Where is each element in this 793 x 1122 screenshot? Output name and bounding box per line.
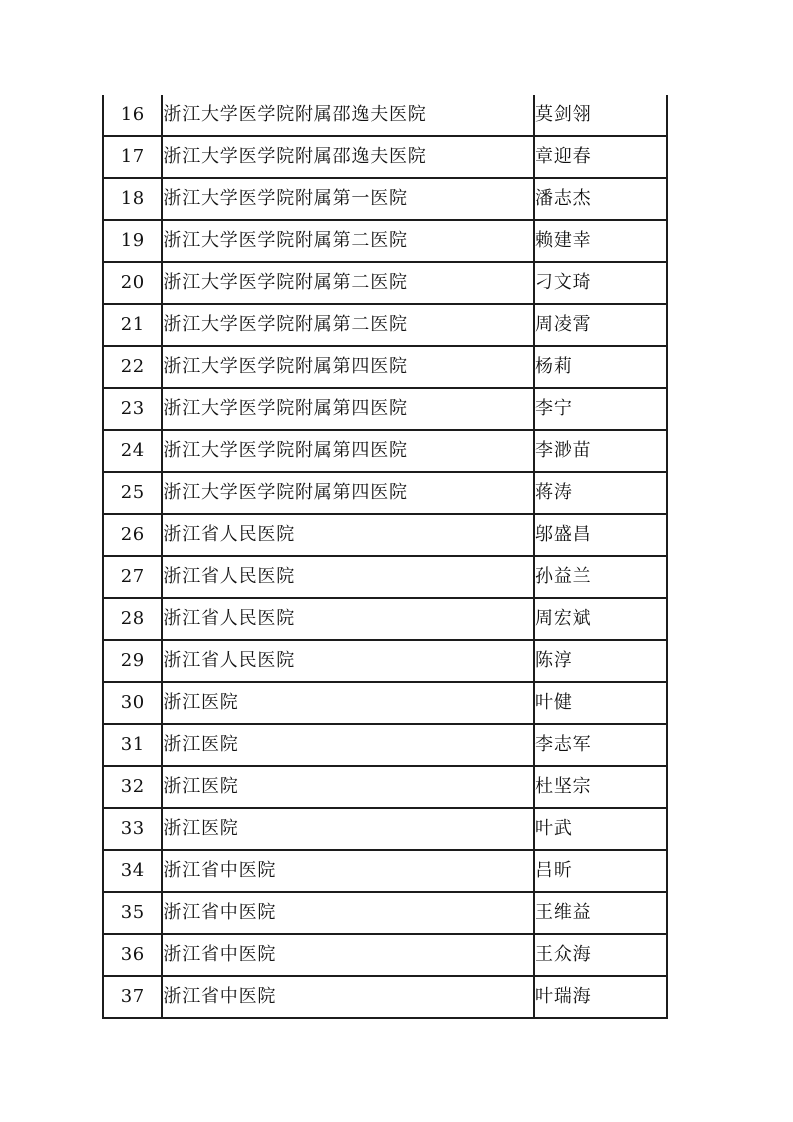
table-row: 30 浙江医院 叶健: [103, 682, 667, 724]
row-number-cell: 36: [103, 934, 162, 976]
hospital-cell: 浙江大学医学院附属邵逸夫医院: [162, 95, 534, 136]
hospital-cell: 浙江医院: [162, 682, 534, 724]
table-row: 16 浙江大学医学院附属邵逸夫医院 莫剑翎: [103, 95, 667, 136]
row-number-cell: 18: [103, 178, 162, 220]
table-row: 27 浙江省人民医院 孙益兰: [103, 556, 667, 598]
table-row: 17 浙江大学医学院附属邵逸夫医院 章迎春: [103, 136, 667, 178]
table-row: 22 浙江大学医学院附属第四医院 杨莉: [103, 346, 667, 388]
row-number-cell: 27: [103, 556, 162, 598]
row-number-cell: 22: [103, 346, 162, 388]
hospital-cell: 浙江大学医学院附属第二医院: [162, 262, 534, 304]
person-name-cell: 王维益: [534, 892, 667, 934]
person-name-cell: 刁文琦: [534, 262, 667, 304]
table-row: 19 浙江大学医学院附属第二医院 赖建幸: [103, 220, 667, 262]
person-name-cell: 王众海: [534, 934, 667, 976]
hospital-cell: 浙江省人民医院: [162, 556, 534, 598]
person-name-cell: 李宁: [534, 388, 667, 430]
table-row: 34 浙江省中医院 吕昕: [103, 850, 667, 892]
table-row: 32 浙江医院 杜坚宗: [103, 766, 667, 808]
row-number-cell: 29: [103, 640, 162, 682]
row-number-cell: 19: [103, 220, 162, 262]
person-name-cell: 李渺苗: [534, 430, 667, 472]
person-name-cell: 周宏斌: [534, 598, 667, 640]
hospital-cell: 浙江医院: [162, 724, 534, 766]
row-number-cell: 33: [103, 808, 162, 850]
table-row: 23 浙江大学医学院附属第四医院 李宁: [103, 388, 667, 430]
row-number-cell: 24: [103, 430, 162, 472]
hospital-cell: 浙江大学医学院附属第四医院: [162, 388, 534, 430]
table-row: 20 浙江大学医学院附属第二医院 刁文琦: [103, 262, 667, 304]
table-row: 33 浙江医院 叶武: [103, 808, 667, 850]
hospital-cell: 浙江大学医学院附属第二医院: [162, 220, 534, 262]
table-row: 36 浙江省中医院 王众海: [103, 934, 667, 976]
hospital-cell: 浙江大学医学院附属邵逸夫医院: [162, 136, 534, 178]
person-name-cell: 蒋涛: [534, 472, 667, 514]
person-name-cell: 章迎春: [534, 136, 667, 178]
row-number-cell: 34: [103, 850, 162, 892]
person-name-cell: 邬盛昌: [534, 514, 667, 556]
person-name-cell: 陈淳: [534, 640, 667, 682]
table-row: 21 浙江大学医学院附属第二医院 周凌霄: [103, 304, 667, 346]
row-number-cell: 28: [103, 598, 162, 640]
person-name-cell: 李志军: [534, 724, 667, 766]
row-number-cell: 25: [103, 472, 162, 514]
row-number-cell: 16: [103, 95, 162, 136]
person-name-cell: 孙益兰: [534, 556, 667, 598]
person-name-cell: 莫剑翎: [534, 95, 667, 136]
row-number-cell: 32: [103, 766, 162, 808]
table-row: 31 浙江医院 李志军: [103, 724, 667, 766]
hospital-cell: 浙江省中医院: [162, 976, 534, 1018]
table-row: 18 浙江大学医学院附属第一医院 潘志杰: [103, 178, 667, 220]
table-row: 29 浙江省人民医院 陈淳: [103, 640, 667, 682]
table-row: 28 浙江省人民医院 周宏斌: [103, 598, 667, 640]
person-name-cell: 杜坚宗: [534, 766, 667, 808]
hospital-cell: 浙江大学医学院附属第四医院: [162, 472, 534, 514]
person-name-cell: 叶武: [534, 808, 667, 850]
hospital-roster-table: 16 浙江大学医学院附属邵逸夫医院 莫剑翎 17 浙江大学医学院附属邵逸夫医院 …: [102, 95, 668, 1019]
table-row: 26 浙江省人民医院 邬盛昌: [103, 514, 667, 556]
hospital-cell: 浙江省中医院: [162, 934, 534, 976]
person-name-cell: 叶健: [534, 682, 667, 724]
hospital-cell: 浙江省中医院: [162, 850, 534, 892]
table-row: 35 浙江省中医院 王维益: [103, 892, 667, 934]
hospital-cell: 浙江省中医院: [162, 892, 534, 934]
hospital-cell: 浙江省人民医院: [162, 640, 534, 682]
person-name-cell: 周凌霄: [534, 304, 667, 346]
row-number-cell: 26: [103, 514, 162, 556]
row-number-cell: 21: [103, 304, 162, 346]
hospital-cell: 浙江大学医学院附属第二医院: [162, 304, 534, 346]
hospital-cell: 浙江大学医学院附属第一医院: [162, 178, 534, 220]
person-name-cell: 杨莉: [534, 346, 667, 388]
table-row: 25 浙江大学医学院附属第四医院 蒋涛: [103, 472, 667, 514]
row-number-cell: 37: [103, 976, 162, 1018]
hospital-cell: 浙江医院: [162, 766, 534, 808]
row-number-cell: 17: [103, 136, 162, 178]
person-name-cell: 吕昕: [534, 850, 667, 892]
hospital-cell: 浙江大学医学院附属第四医院: [162, 346, 534, 388]
row-number-cell: 30: [103, 682, 162, 724]
hospital-cell: 浙江省人民医院: [162, 514, 534, 556]
hospital-cell: 浙江大学医学院附属第四医院: [162, 430, 534, 472]
row-number-cell: 23: [103, 388, 162, 430]
row-number-cell: 31: [103, 724, 162, 766]
table-row: 24 浙江大学医学院附属第四医院 李渺苗: [103, 430, 667, 472]
hospital-cell: 浙江医院: [162, 808, 534, 850]
person-name-cell: 赖建幸: [534, 220, 667, 262]
document-page: 16 浙江大学医学院附属邵逸夫医院 莫剑翎 17 浙江大学医学院附属邵逸夫医院 …: [0, 0, 793, 1122]
row-number-cell: 35: [103, 892, 162, 934]
hospital-cell: 浙江省人民医院: [162, 598, 534, 640]
person-name-cell: 潘志杰: [534, 178, 667, 220]
person-name-cell: 叶瑞海: [534, 976, 667, 1018]
table-row: 37 浙江省中医院 叶瑞海: [103, 976, 667, 1018]
row-number-cell: 20: [103, 262, 162, 304]
